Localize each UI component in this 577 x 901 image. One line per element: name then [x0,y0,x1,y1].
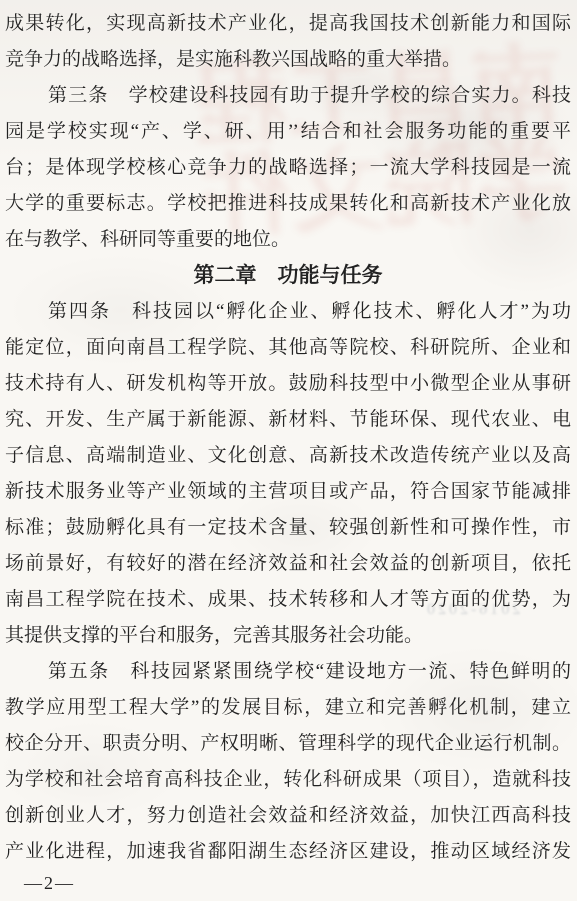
text-line: 台；是体现学校核心竞争力的战略选择；一流大学科技园是一流 [5,150,571,186]
text-line: 竞争力的战略选择，是实施科教兴国战略的重大举措。 [5,42,571,78]
text-line: 成果转化，实现高新技术产业化，提高我国技术创新能力和国际 [5,6,571,42]
text-line: 究、开发、生产属于新能源、新材料、节能环保、现代农业、电 [5,402,571,438]
text-line: 新技术服务业等产业领域的主营项目或产品，符合国家节能减排 [5,474,571,510]
text-line: 能定位，面向南昌工程学院、其他高等院校、科研院所、企业和 [5,330,571,366]
text-line: 园是学校实现“产、学、研、用’’结合和社会服务功能的重要平 [5,114,571,150]
text-line: 第五条 科技园紧紧围绕学校“建设地方一流、特色鲜明的 [5,654,571,690]
text-line: 标准；鼓励孵化具有一定技术含量、较强创新性和可操作性，市 [5,510,571,546]
text-line: 技术持有人、研发机构等开放。鼓励科技型中小微型企业从事研 [5,366,571,402]
text-line: 教学应用型工程大学”的发展目标，建立和完善孵化机制，建立 [5,690,571,726]
text-line: 子信息、高端制造业、文化创意、高新技术改造传统产业以及高 [5,438,571,474]
text-line: 第四条 科技园以“孵化企业、孵化技术、孵化人才”为功 [5,294,571,330]
text-line: 校企分开、职责分明、产权明晰、管理科学的现代企业运行机制。 [5,726,571,762]
scanned-document-page: 南昌工程学院文件 2016-2020 成果转化，实现高新技术产业化，提高我国技术… [0,0,577,901]
text-line: 第三条 学校建设科技园有助于提升学校的综合实力。科技 [5,78,571,114]
text-line: 场前景好，有较好的潜在经济效益和社会效益的创新项目，依托 [5,546,571,582]
page-number: —2— [24,873,75,894]
text-line: 为学校和社会培育高科技企业，转化科研成果（项目），造就科技 [5,762,571,798]
text-line: 产业化进程，加速我省鄱阳湖生态经济区建设，推动区域经济发 [5,834,571,870]
document-body: 成果转化，实现高新技术产业化，提高我国技术创新能力和国际竞争力的战略选择，是实施… [5,6,571,870]
text-line: 其提供支撑的平台和服务，完善其服务社会功能。 [5,618,571,654]
text-line: 南昌工程学院在技术、成果、技术转移和人才等方面的优势，为 [5,582,571,618]
text-line: 创新创业人才，努力创造社会效益和经济效益，加快江西高科技 [5,798,571,834]
text-line: 在与教学、科研同等重要的地位。 [5,222,571,258]
chapter-heading: 第二章 功能与任务 [5,258,571,294]
text-line: 大学的重要标志。学校把推进科技成果转化和高新技术产业化放 [5,186,571,222]
